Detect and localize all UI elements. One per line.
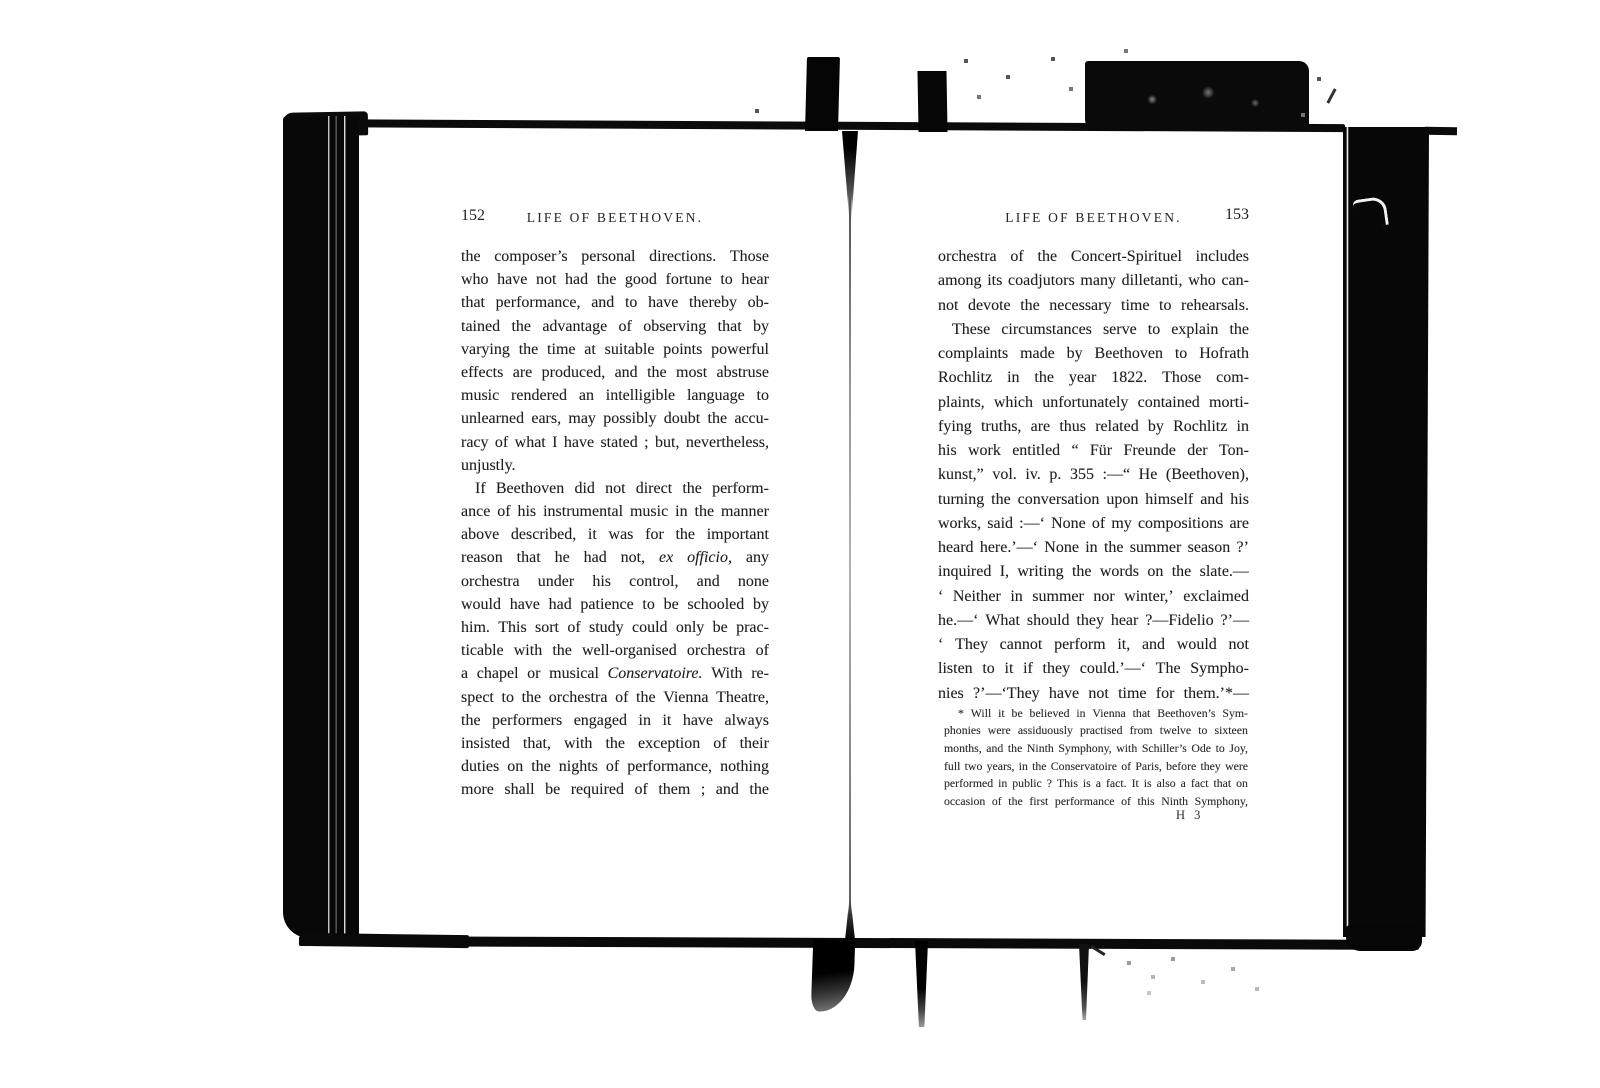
- text-line: he.—‘Whatshouldtheyhear?—Fidelio?’—: [938, 612, 1249, 636]
- text-line: thatperformance,andtohavetherebyob-: [461, 294, 769, 317]
- text-line: thecomposer’spersonaldirections.Those: [461, 248, 769, 271]
- text-line: listentoitiftheycould.’—‘TheSympho-: [938, 660, 1249, 684]
- text-line: ‘Theycannotperformit,andwouldnot: [938, 636, 1249, 660]
- right-page: LIFE OF BEETHOVEN. 153 orchestraoftheCon…: [938, 207, 1249, 811]
- text-line: effectsareproduced,andthemostabstruse: [461, 364, 769, 387]
- gutter-shadow-top: [842, 131, 858, 221]
- text-line: plaints,whichunfortunatelycontainedmorti…: [938, 394, 1249, 418]
- right-page-number: 153: [1225, 206, 1249, 224]
- text-line: theperformersengagedinithavealways: [461, 712, 769, 735]
- text-line: *WillitbebelievedinViennathatBeethoven’s…: [944, 706, 1248, 724]
- ink-blob-top-right: [1085, 61, 1309, 131]
- text-line: orchestraunderhiscontrol,andnone: [461, 573, 769, 596]
- text-line: heardhere.’—‘Noneinthesummerseason?’: [938, 539, 1249, 563]
- text-line: varyingthetimeatsuitablepointspowerful: [461, 341, 769, 364]
- right-page-header: LIFE OF BEETHOVEN. 153: [938, 207, 1249, 229]
- text-line: amongitscoadjutorsmanydilletanti,whocan-: [938, 272, 1249, 296]
- page-gutter: [849, 136, 851, 936]
- text-line: phonieswereassiduouslypractisedfromtwelv…: [944, 723, 1248, 741]
- signature-mark: H 3: [1176, 808, 1203, 823]
- book-left-page-edges: [283, 116, 359, 938]
- text-line: ticablewiththewell-organisedorchestraof: [461, 642, 769, 665]
- running-header: LIFE OF BEETHOVEN.: [938, 207, 1249, 226]
- book-bottom-edge-left: [299, 933, 469, 948]
- text-line: complaintsmadebyBeethoventoHofrath: [938, 345, 1249, 369]
- text-line: reasonthathehadnot,exofficio,any: [461, 549, 769, 572]
- text-line: fulltwoyears,intheConservatoireofParis,b…: [944, 759, 1248, 777]
- running-header: LIFE OF BEETHOVEN.: [461, 207, 769, 226]
- bookmark-strap-bottom-3: [1079, 944, 1089, 1020]
- left-page-number: 152: [461, 207, 485, 225]
- text-line: insistedthat,withtheexceptionoftheir: [461, 735, 769, 758]
- text-line: Rochlitzintheyear1822.Thosecom-: [938, 369, 1249, 393]
- bookmark-strap-bottom-2: [915, 941, 928, 1027]
- left-page-body: thecomposer’spersonaldirections.Thosewho…: [461, 248, 769, 805]
- text-line: anceofhisinstrumentalmusicinthemanner: [461, 503, 769, 526]
- scan-noise-specks: [0, 0, 2, 2]
- text-line: whohavenothadthegoodfortunetohear: [461, 271, 769, 294]
- text-line: fyingtruths,arethusrelatedbyRochlitzin: [938, 418, 1249, 442]
- ink-smear: [1425, 127, 1457, 136]
- bookmark-strap-top-1: [805, 57, 840, 131]
- bookmark-strap-top-2: [917, 71, 947, 132]
- text-line: dutiesonthenightsofperformance,nothing: [461, 758, 769, 781]
- text-line: racyofwhatIhavestated;but,nevertheless,: [461, 434, 769, 457]
- text-line: works,said:—‘Noneofmycompositionsare: [938, 515, 1249, 539]
- text-line: kunst,”vol.iv.p.355:—“He(Beethoven),: [938, 466, 1249, 490]
- text-line: IfBeethovendidnotdirecttheperform-: [461, 480, 769, 503]
- text-line: orchestraoftheConcert-Spirituelincludes: [938, 248, 1249, 272]
- text-line: Thesecircumstancesservetoexplainthe: [938, 321, 1249, 345]
- right-page-body: orchestraoftheConcert-Spirituelincludesa…: [938, 248, 1249, 709]
- ink-slash-mark: [1326, 88, 1336, 104]
- text-line: ‘Neitherinsummernorwinter,’exclaimed: [938, 588, 1249, 612]
- text-line: months,andtheNinthSymphony,withSchiller’…: [944, 741, 1248, 759]
- gutter-shadow-bottom: [845, 898, 855, 940]
- book-bottom-corner: [1346, 925, 1422, 951]
- bookmark-strap-bottom-1: [811, 939, 855, 1012]
- text-line: moreshallberequiredofthem;andthe: [461, 781, 769, 804]
- text-line: hisworkentitled“FürFreundederTon-: [938, 442, 1249, 466]
- text-line: him.Thissortofstudycouldonlybeprac-: [461, 619, 769, 642]
- text-line: musicrenderedanintelligiblelanguageto: [461, 387, 769, 410]
- text-line: unlearnedears,maypossiblydoubttheaccu-: [461, 410, 769, 433]
- left-page: 152 LIFE OF BEETHOVEN. thecomposer’spers…: [461, 207, 769, 805]
- text-line: tainedtheadvantageofobservingthatby: [461, 318, 769, 341]
- book-scan: 152 LIFE OF BEETHOVEN. thecomposer’spers…: [0, 0, 1600, 1088]
- text-line: achapelormusicalConservatoire.Withre-: [461, 665, 769, 688]
- text-line: unjustly.: [461, 457, 769, 480]
- footnote: *WillitbebelievedinViennathatBeethoven’s…: [944, 706, 1248, 812]
- text-line: inquiredI,writingthewordsontheslate.—: [938, 563, 1249, 587]
- text-line: performedinpublic?Thisisafact.Itisalsoaf…: [944, 776, 1248, 794]
- text-line: wouldhavehadpatiencetobeschooledby: [461, 596, 769, 619]
- left-page-header: 152 LIFE OF BEETHOVEN.: [461, 207, 769, 229]
- book-right-page-edges: [1343, 127, 1429, 937]
- text-line: notdevotethenecessarytimetorehearsals.: [938, 297, 1249, 321]
- text-line: specttotheorchestraoftheViennaTheatre,: [461, 689, 769, 712]
- text-line: turningtheconversationuponhimselfandhis: [938, 491, 1249, 515]
- text-line: abovedescribed,itwasfortheimportant: [461, 526, 769, 549]
